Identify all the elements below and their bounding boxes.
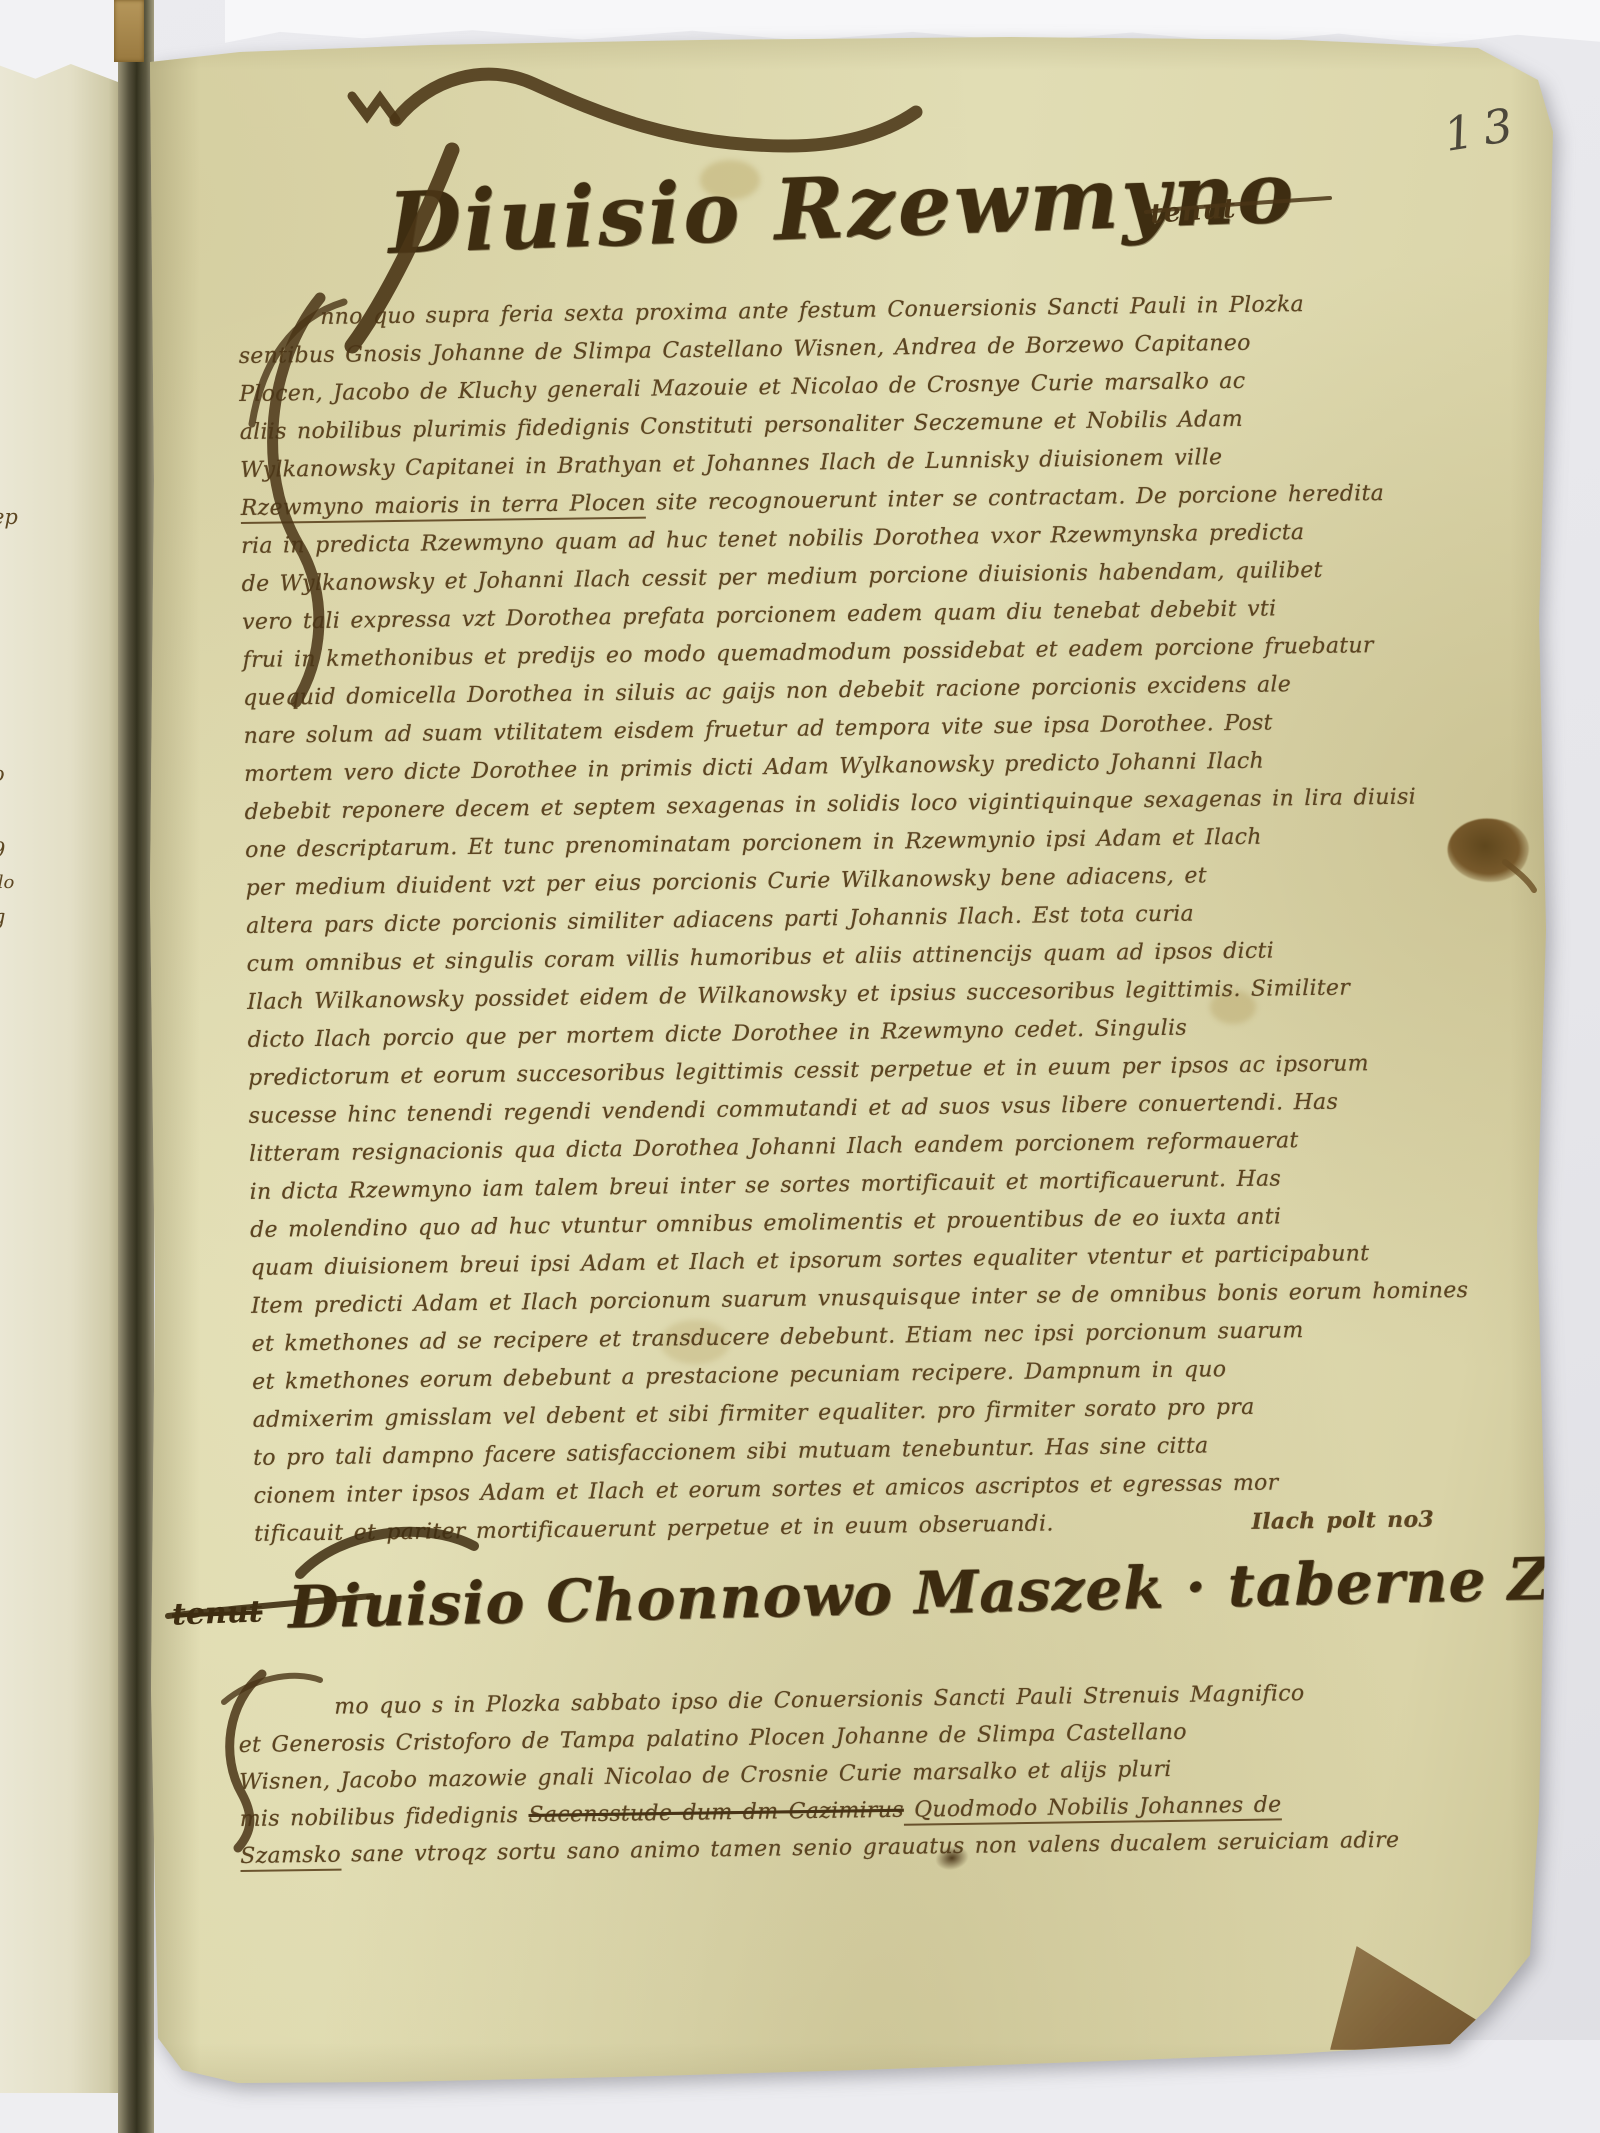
entry1-lines-a: nno quo supra feria sexta proxima ante f…	[238, 284, 1430, 490]
underlined-phrase: Rzewmyno maioris in terra Plocen	[241, 491, 647, 524]
line-text: site recognouerunt inter se contractam. …	[646, 481, 1385, 516]
struck-phrase: Sacensstude dum dm Cazimirus	[528, 1798, 904, 1828]
entry2-lines-a: mo quo s in Plozka sabbato ipso die Conu…	[238, 1673, 1479, 1801]
corner-stain	[1330, 1946, 1478, 2050]
entry2-heading: Diuisio Chonnowo Maszek · taberne Zalass…	[287, 1537, 1600, 1642]
page-wrap: 13 Diuisio Rzewmyno tenut nno quo supra …	[0, 0, 1600, 2133]
underlined-phrase: Szamsko	[240, 1843, 341, 1872]
folio-number: 13	[1440, 96, 1526, 162]
entry1-heading-note: tenut	[1149, 193, 1237, 230]
entry2-margin-note-struck: tenut	[171, 1594, 263, 1632]
manuscript-page: 13 Diuisio Rzewmyno tenut nno quo supra …	[0, 0, 1600, 2133]
entry1-lines-b: ria in predicta Rzewmyno quam ad huc ten…	[241, 512, 1444, 1515]
manuscript-photo: epo9llog 13 Diuisio Rzewmyno tenut nno q…	[0, 0, 1600, 2133]
line-text: mis nobilibus fidedignis	[240, 1803, 529, 1832]
line-text: sane vtroqz sortu sano animo tamen senio…	[341, 1828, 1400, 1868]
underlined-phrase: Quodmodo Nobilis Johannes de	[904, 1792, 1282, 1825]
entry1-sign-off: Ilach polt no3	[1251, 1500, 1444, 1541]
entry1-body: nno quo supra feria sexta proxima ante f…	[238, 284, 1444, 1553]
entry2-body: mo quo s in Plozka sabbato ipso die Conu…	[238, 1673, 1480, 1875]
ink-blot	[1441, 809, 1534, 890]
